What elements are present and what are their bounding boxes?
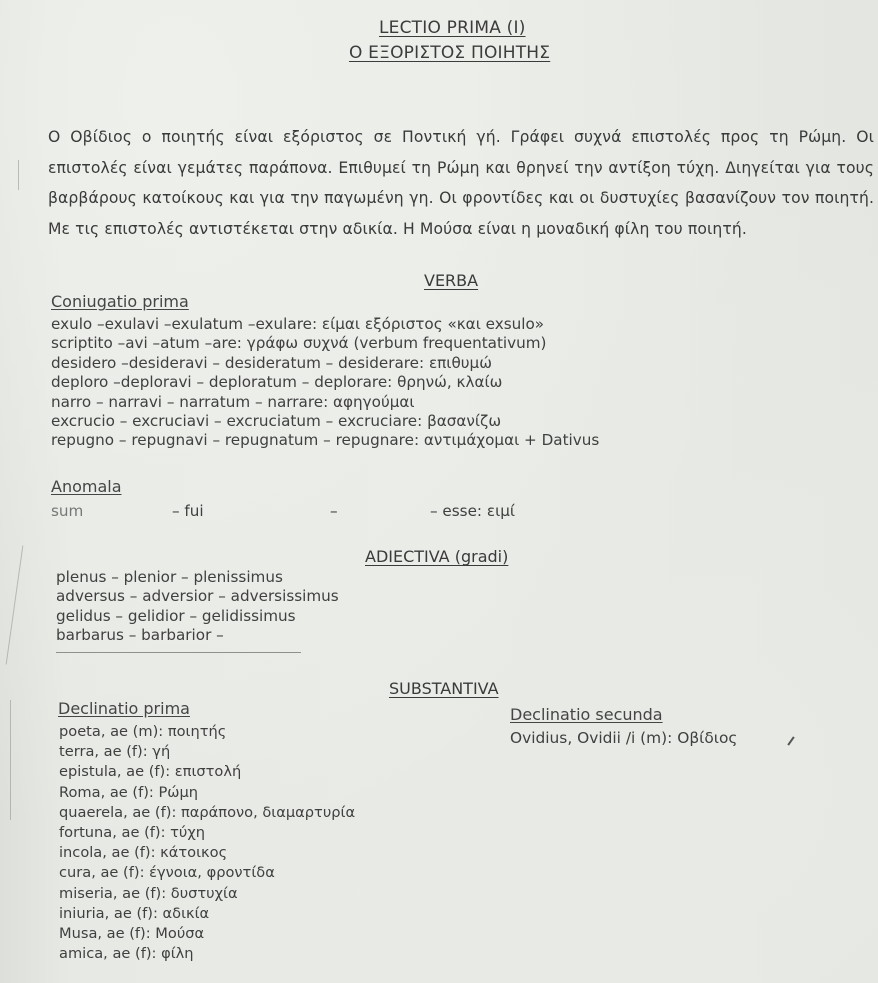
noun-item: Ovidius, Ovidii /i (m): Οβίδιος xyxy=(510,729,737,747)
noun-item: miseria, ae (f): δυστυχία xyxy=(59,884,355,904)
noun-item: cura, ae (f): έγνοια, φροντίδα xyxy=(59,863,355,883)
substantiva-heading: SUBSTANTIVA xyxy=(389,679,499,698)
noun-item: Roma, ae (f): Ρώμη xyxy=(59,783,355,803)
verba-heading: VERBA xyxy=(424,271,478,290)
declinatio-prima-heading: Declinatio prima xyxy=(58,699,190,718)
verb-item: desidero –desideravi – desideratum – des… xyxy=(51,354,599,373)
adjective-item: barbarus – barbarior – xyxy=(56,626,339,645)
noun-item: Musa, ae (f): Μούσα xyxy=(59,924,355,944)
pencil-mark xyxy=(18,160,19,190)
pen-mark xyxy=(787,736,794,745)
noun-item: incola, ae (f): κάτοικος xyxy=(59,843,355,863)
anomala-present: sum xyxy=(51,502,83,520)
noun-item: quaerela, ae (f): παράπονο, διαμαρτυρία xyxy=(59,803,355,823)
reading-paragraph: Ο Οβίδιος ο ποιητής είναι εξόριστος σε Π… xyxy=(48,122,874,244)
adiectiva-heading: ADIECTIVA (gradi) xyxy=(365,547,508,566)
noun-item: iniuria, ae (f): αδικία xyxy=(59,904,355,924)
anomala-perfect: – fui xyxy=(172,502,204,520)
anomala-supine: – xyxy=(330,502,338,520)
declinatio-secunda-heading: Declinatio secunda xyxy=(510,705,663,724)
verb-item: deploro –deploravi – deploratum – deplor… xyxy=(51,373,599,392)
adjective-item: gelidus – gelidior – gelidissimus xyxy=(56,607,339,626)
noun-item: terra, ae (f): γή xyxy=(59,742,355,762)
noun-item: epistula, ae (f): επιστολή xyxy=(59,762,355,782)
adjective-item: plenus – plenior – plenissimus xyxy=(56,568,339,587)
noun-item: poeta, ae (m): ποιητής xyxy=(59,722,355,742)
pencil-mark xyxy=(6,546,24,665)
verb-item: exulo –exulavi –exulatum –exulare: είμαι… xyxy=(51,315,599,334)
lesson-subtitle: Ο ΕΞΟΡΙΣΤΟΣ ΠΟΙΗΤΗΣ xyxy=(349,43,550,63)
verb-item: repugno – repugnavi – repugnatum – repug… xyxy=(51,431,599,450)
worksheet-page: LECTIO PRIMA (I) Ο ΕΞΟΡΙΣΤΟΣ ΠΟΙΗΤΗΣ Ο Ο… xyxy=(0,0,878,983)
noun-item: amica, ae (f): φίλη xyxy=(59,944,355,964)
pencil-mark xyxy=(10,700,11,820)
verb-item: excrucio – excruciavi – excruciatum – ex… xyxy=(51,412,599,431)
anomala-heading: Anomala xyxy=(51,477,122,496)
lesson-title: LECTIO PRIMA (I) xyxy=(379,18,526,38)
coniugatio-prima-heading: Coniugatio prima xyxy=(51,292,189,311)
adjective-item: adversus – adversior – adversissimus xyxy=(56,587,339,606)
hand-underline xyxy=(56,652,301,653)
verbs-list: exulo –exulavi –exulatum –exulare: είμαι… xyxy=(51,315,599,451)
verb-item: narro – narravi – narratum – narrare: αφ… xyxy=(51,393,599,412)
anomala-infinitive: – esse: ειμί xyxy=(430,502,515,520)
first-declension-list: poeta, ae (m): ποιητής terra, ae (f): γή… xyxy=(59,722,355,964)
adjectives-list: plenus – plenior – plenissimus adversus … xyxy=(56,568,339,646)
noun-item: fortuna, ae (f): τύχη xyxy=(59,823,355,843)
verb-item: scriptito –avi –atum –are: γράφω συχνά (… xyxy=(51,334,599,353)
